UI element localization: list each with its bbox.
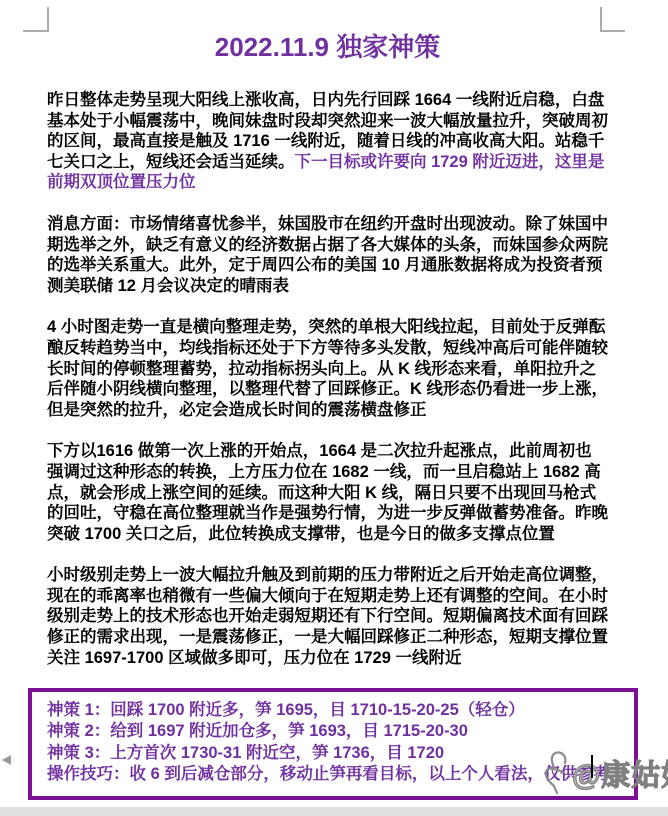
document-page[interactable]: 2022.11.9 独家神策 昨日整体走势呈现大阳线上涨收高，日内先行回踩 16… (0, 0, 668, 816)
document-content: 2022.11.9 独家神策 昨日整体走势呈现大阳线上涨收高，日内先行回踩 16… (47, 0, 608, 689)
paragraph-support-levels: 下方以1616 做第一次上涨的开始点，1664 是二次拉升起涨点，此前周初也强调… (47, 441, 608, 544)
paragraph-text: 消息方面：市场情绪喜忧参半，妹国股市在纽约开盘时出现波动。除了妹国中期选举之外，… (47, 215, 608, 295)
strategy-box: 神策 1：回踩 1700 附近多，笋 1695，目 1710-15-20-25（… (28, 688, 638, 800)
strategy-line-3: 神策 3：上方首次 1730-31 附近空，笋 1736，目 1720 (47, 743, 624, 764)
strategy-line-2: 神策 2：给到 1697 附近加仓多，笋 1693，目 1715-20-30 (47, 721, 624, 742)
paragraph-market-recap: 昨日整体走势呈现大阳线上涨收高，日内先行回踩 1664 一线附近启稳，白盘基本处… (47, 90, 608, 193)
paragraph-text: 小时级别走势上一波大幅拉升触及到前期的压力带附近之后开始走高位调整，现在的乖离率… (47, 566, 608, 666)
paragraph-hourly-trend: 小时级别走势上一波大幅拉升触及到前期的压力带附近之后开始走高位调整，现在的乖离率… (47, 565, 608, 668)
page-bottom-edge (0, 807, 668, 816)
paragraph-4h-chart: 4 小时图走势一直是横向整理走势，突然的单根大阳线拉起，目前处于反弹酝酿反转趋势… (47, 317, 608, 420)
document-title: 2022.11.9 独家神策 (47, 30, 608, 64)
page-margin-mark-top-left (23, 7, 49, 32)
text-cursor (591, 755, 593, 778)
strategy-line-1: 神策 1：回踩 1700 附近多，笋 1695，目 1710-15-20-25（… (47, 700, 624, 721)
paragraph-text: 下方以1616 做第一次上涨的开始点，1664 是二次拉升起涨点，此前周初也强调… (47, 442, 608, 542)
paragraph-text: 4 小时图走势一直是横向整理走势，突然的单根大阳线拉起，目前处于反弹酝酿反转趋势… (47, 318, 608, 418)
left-margin-arrow-icon (2, 755, 11, 765)
strategy-line-tips: 操作技巧：收 6 到后减仓部分，移动止笋再看目标，以上个人看法，仅供参考 (47, 764, 624, 785)
paragraph-news: 消息方面：市场情绪喜忧参半，妹国股市在纽约开盘时出现波动。除了妹国中期选举之外，… (47, 214, 608, 296)
